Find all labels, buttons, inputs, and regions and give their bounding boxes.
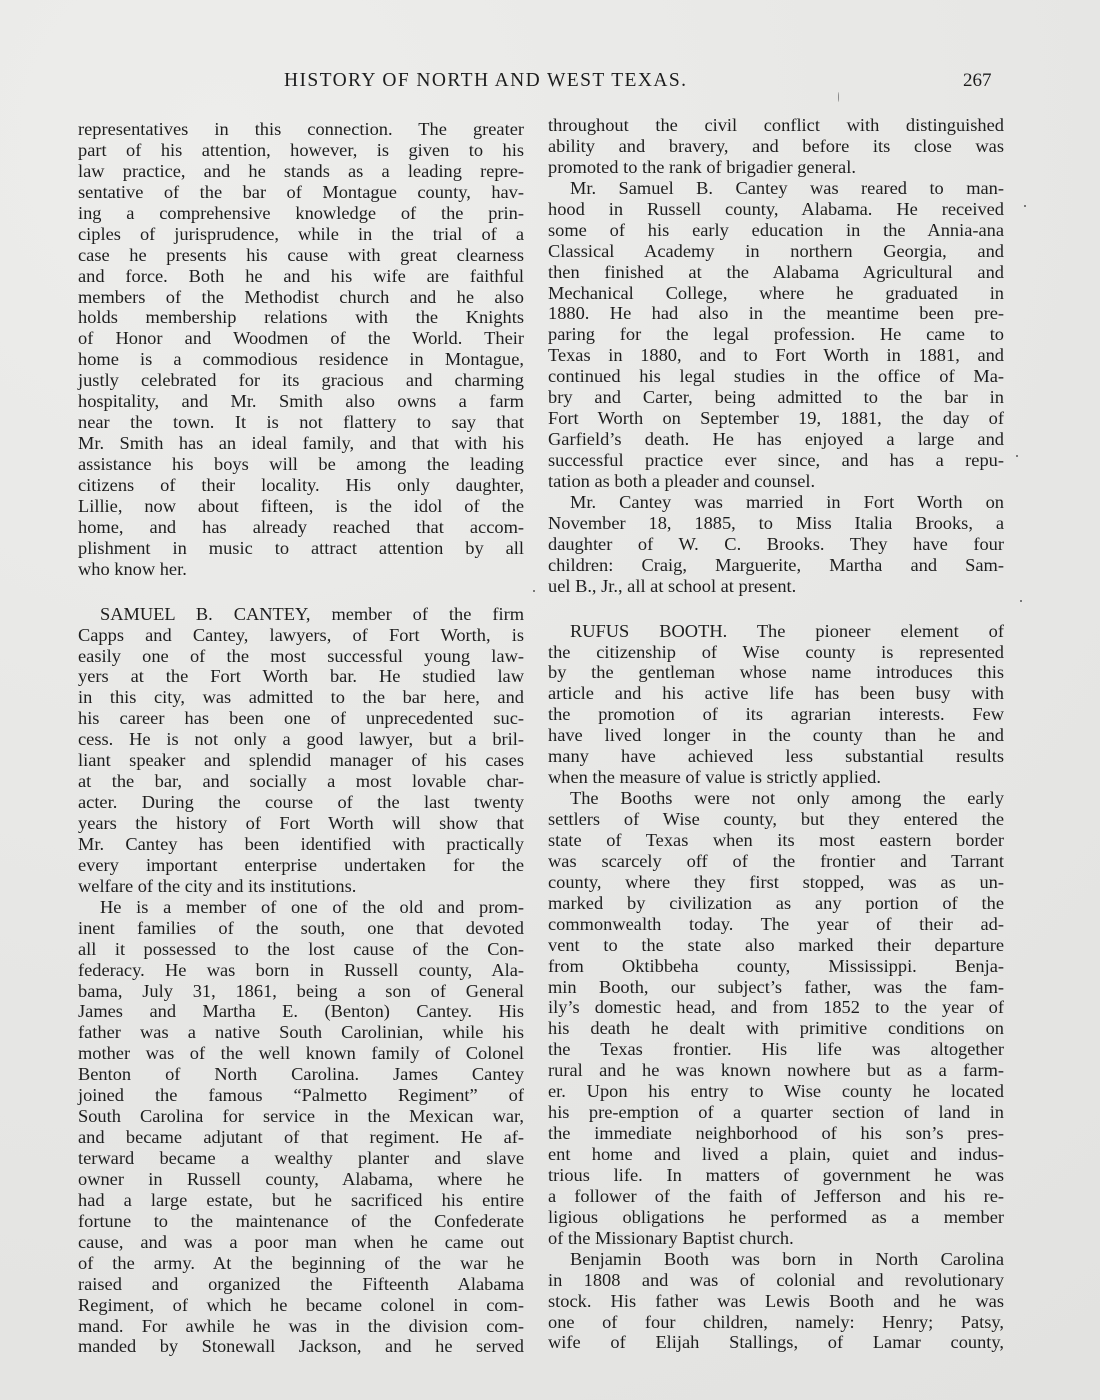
text-line: law practice, and he stands as a leading… bbox=[78, 161, 524, 182]
text-line: Texas in 1880, and to Fort Worth in 1881… bbox=[548, 345, 1004, 366]
text-line: Benjamin Booth was born in North Carolin… bbox=[548, 1249, 1004, 1270]
text-line: citizens of their locality. His only dau… bbox=[78, 475, 524, 496]
text-line: terward became a wealthy planter and sla… bbox=[78, 1148, 524, 1169]
text-line: was scarcely off of the frontier and Tar… bbox=[548, 851, 1004, 872]
text-line: sentative of the bar of Montague county,… bbox=[78, 182, 524, 203]
text-line: mother was of the well known family of C… bbox=[78, 1043, 524, 1064]
text-line: continued his legal studies in the offic… bbox=[548, 366, 1004, 387]
text-line: bry and Carter, being admitted to the ba… bbox=[548, 387, 1004, 408]
text-line: trious life. In matters of government he… bbox=[548, 1165, 1004, 1186]
text-line: the citizenship of Wise county is repres… bbox=[548, 642, 1004, 663]
text-line: wife of Elijah Stallings, of Lamar count… bbox=[548, 1332, 1004, 1353]
text-line: He is a member of one of the old and pro… bbox=[78, 897, 524, 918]
text-line: a follower of the faith of Jefferson and… bbox=[548, 1186, 1004, 1207]
text-line: manded by Stonewall Jackson, and he serv… bbox=[78, 1336, 524, 1357]
text-line: in this city, was admitted to the bar he… bbox=[78, 687, 524, 708]
text-line: case he presents his cause with great cl… bbox=[78, 245, 524, 266]
paragraph-gap bbox=[78, 580, 524, 604]
text-line: paring for the legal profession. He came… bbox=[548, 324, 1004, 345]
text-line: tation as both a pleader and counsel. bbox=[548, 471, 1004, 492]
text-line: The Booths were not only among the early bbox=[548, 788, 1004, 809]
text-line: hood in Russell county, Alabama. He rece… bbox=[548, 199, 1004, 220]
text-line: representatives in this connection. The … bbox=[78, 119, 524, 140]
text-line: had a large estate, but he sacrificed hi… bbox=[78, 1190, 524, 1211]
text-line: his pre-emption of a quarter section of … bbox=[548, 1102, 1004, 1123]
text-line: part of his attention, however, is given… bbox=[78, 140, 524, 161]
text-line: the immediate neighborhood of his son’s … bbox=[548, 1123, 1004, 1144]
text-line: county, where they first stopped, was as… bbox=[548, 872, 1004, 893]
text-line: rural and he was known nowhere but as a … bbox=[548, 1060, 1004, 1081]
text-line: Mr. Samuel B. Cantey was reared to man- bbox=[548, 178, 1004, 199]
text-line: liant speaker and splendid manager of hi… bbox=[78, 750, 524, 771]
margin-speck bbox=[533, 590, 535, 592]
text-line: raised and organized the Fifteenth Alaba… bbox=[78, 1274, 524, 1295]
text-line: easily one of the most successful young … bbox=[78, 646, 524, 667]
text-line: inent families of the south, one that de… bbox=[78, 918, 524, 939]
text-line: bama, July 31, 1861, being a son of Gene… bbox=[78, 981, 524, 1002]
text-line: min Booth, our subject’s father, was the… bbox=[548, 977, 1004, 998]
text-line: vent to the state also marked their depa… bbox=[548, 935, 1004, 956]
text-line: many have achieved less substantial resu… bbox=[548, 746, 1004, 767]
text-line: father was a native South Carolinian, wh… bbox=[78, 1022, 524, 1043]
margin-speck bbox=[1024, 205, 1026, 207]
text-line: cause, and was a poor man when he came o… bbox=[78, 1232, 524, 1253]
text-line: Mr. Cantey was married in Fort Worth on bbox=[548, 492, 1004, 513]
page-number: 267 bbox=[963, 70, 992, 92]
text-line: every important enterprise undertaken fo… bbox=[78, 855, 524, 876]
text-line: one of four children, namely: Henry; Pat… bbox=[548, 1312, 1004, 1333]
text-line: justly celebrated for its gracious and c… bbox=[78, 370, 524, 391]
text-line: fortune to the maintenance of the Confed… bbox=[78, 1211, 524, 1232]
text-line: federacy. He was born in Russell county,… bbox=[78, 960, 524, 981]
text-line: uel B., Jr., all at school at present. bbox=[548, 576, 1004, 597]
text-line: ing a comprehensive knowledge of the pri… bbox=[78, 203, 524, 224]
text-line: of the army. At the beginning of the war… bbox=[78, 1253, 524, 1274]
text-line: South Carolina for service in the Mexica… bbox=[78, 1106, 524, 1127]
text-line: mand. For awhile he was in the division … bbox=[78, 1316, 524, 1337]
text-line: holds membership relations with the Knig… bbox=[78, 307, 524, 328]
text-line: settlers of Wise county, but they entere… bbox=[548, 809, 1004, 830]
text-line: some of his early education in the Annia… bbox=[548, 220, 1004, 241]
text-line: ily’s domestic head, and from 1852 to th… bbox=[548, 997, 1004, 1018]
page-header: HISTORY OF NORTH AND WEST TEXAS. 267 bbox=[0, 66, 1100, 106]
text-line: Garfield’s death. He has enjoyed a large… bbox=[548, 429, 1004, 450]
text-line: Benton of North Carolina. James Cantey bbox=[78, 1064, 524, 1085]
text-line: ligious obligations he performed as a me… bbox=[548, 1207, 1004, 1228]
text-line: joined the famous “Palmetto Regiment” of bbox=[78, 1085, 524, 1106]
text-line: the Texas frontier. His life was altoget… bbox=[548, 1039, 1004, 1060]
text-line: daughter of W. C. Brooks. They have four bbox=[548, 534, 1004, 555]
text-line: Regiment, of which he became colonel in … bbox=[78, 1295, 524, 1316]
text-line: Mr. Cantey has been identified with prac… bbox=[78, 834, 524, 855]
text-line: hospitality, and Mr. Smith also owns a f… bbox=[78, 391, 524, 412]
running-title: HISTORY OF NORTH AND WEST TEXAS. bbox=[284, 70, 687, 92]
text-line: owner in Russell county, Alabama, where … bbox=[78, 1169, 524, 1190]
text-line: Lillie, now about fifteen, is the idol o… bbox=[78, 496, 524, 517]
right-column: throughout the civil conflict with disti… bbox=[548, 115, 1004, 1353]
text-line: near the town. It is not flattery to say… bbox=[78, 412, 524, 433]
text-line: 1880. He had also in the meantime been p… bbox=[548, 303, 1004, 324]
text-line: have lived longer in the county than he … bbox=[548, 725, 1004, 746]
text-line: in 1808 and was of colonial and revoluti… bbox=[548, 1270, 1004, 1291]
text-line: of Honor and Woodmen of the World. Their bbox=[78, 328, 524, 349]
text-line: who know her. bbox=[78, 559, 524, 580]
text-line: then finished at the Alabama Agricultura… bbox=[548, 262, 1004, 283]
text-line: throughout the civil conflict with disti… bbox=[548, 115, 1004, 136]
text-line: his career has been one of unprecedented… bbox=[78, 708, 524, 729]
text-line: Mr. Smith has an ideal family, and that … bbox=[78, 433, 524, 454]
text-line: acter. During the course of the last twe… bbox=[78, 792, 524, 813]
text-line: Mechanical College, where he graduated i… bbox=[548, 283, 1004, 304]
text-line: state of Texas when its most eastern bor… bbox=[548, 830, 1004, 851]
text-line: ent home and lived a plain, quiet and in… bbox=[548, 1144, 1004, 1165]
text-line: children: Craig, Marguerite, Martha and … bbox=[548, 555, 1004, 576]
text-line: James and Martha E. (Benton) Cantey. His bbox=[78, 1001, 524, 1022]
text-line: from Oktibbeha county, Mississippi. Benj… bbox=[548, 956, 1004, 977]
left-column: representatives in this connection. The … bbox=[78, 119, 524, 1357]
text-line: home is a commodious residence in Montag… bbox=[78, 349, 524, 370]
text-line: commonwealth today. The year of their ad… bbox=[548, 914, 1004, 935]
text-line: years the history of Fort Worth will sho… bbox=[78, 813, 524, 834]
text-line: article and his active life has been bus… bbox=[548, 683, 1004, 704]
text-line: marked by civilization as any portion of… bbox=[548, 893, 1004, 914]
text-line: SAMUEL B. CANTEY, member of the firm bbox=[78, 604, 524, 625]
text-line: and became adjutant of that regiment. He… bbox=[78, 1127, 524, 1148]
text-line: ciples of jurisprudence, while in the tr… bbox=[78, 224, 524, 245]
text-line: by the gentleman whose name introduces t… bbox=[548, 662, 1004, 683]
text-line: promoted to the rank of brigadier genera… bbox=[548, 157, 1004, 178]
text-line: stock. His father was Lewis Booth and he… bbox=[548, 1291, 1004, 1312]
margin-speck bbox=[1016, 455, 1018, 457]
text-line: his death he dealt with primitive condit… bbox=[548, 1018, 1004, 1039]
text-line: November 18, 1885, to Miss Italia Brooks… bbox=[548, 513, 1004, 534]
text-line: RUFUS BOOTH. The pioneer element of bbox=[548, 621, 1004, 642]
text-line: Classical Academy in northern Georgia, a… bbox=[548, 241, 1004, 262]
paragraph-gap bbox=[548, 597, 1004, 621]
text-line: when the measure of value is strictly ap… bbox=[548, 767, 1004, 788]
margin-speck bbox=[838, 92, 839, 102]
text-line: welfare of the city and its institutions… bbox=[78, 876, 524, 897]
text-line: plishment in music to attract attention … bbox=[78, 538, 524, 559]
margin-speck bbox=[1020, 600, 1022, 602]
text-line: at the bar, and socially a most lovable … bbox=[78, 771, 524, 792]
text-line: home, and has already reached that accom… bbox=[78, 517, 524, 538]
text-line: of the Missionary Baptist church. bbox=[548, 1228, 1004, 1249]
text-line: all it possessed to the lost cause of th… bbox=[78, 939, 524, 960]
text-line: assistance his boys will be among the le… bbox=[78, 454, 524, 475]
text-line: members of the Methodist church and he a… bbox=[78, 287, 524, 308]
text-line: er. Upon his entry to Wise county he loc… bbox=[548, 1081, 1004, 1102]
text-line: ability and bravery, and before its clos… bbox=[548, 136, 1004, 157]
text-line: cess. He is not only a good lawyer, but … bbox=[78, 729, 524, 750]
text-line: Fort Worth on September 19, 1881, the da… bbox=[548, 408, 1004, 429]
text-line: the promotion of its agrarian interests.… bbox=[548, 704, 1004, 725]
text-line: and force. Both he and his wife are fait… bbox=[78, 266, 524, 287]
text-line: yers at the Fort Worth bar. He studied l… bbox=[78, 666, 524, 687]
text-line: Capps and Cantey, lawyers, of Fort Worth… bbox=[78, 625, 524, 646]
text-line: successful practice ever since, and has … bbox=[548, 450, 1004, 471]
